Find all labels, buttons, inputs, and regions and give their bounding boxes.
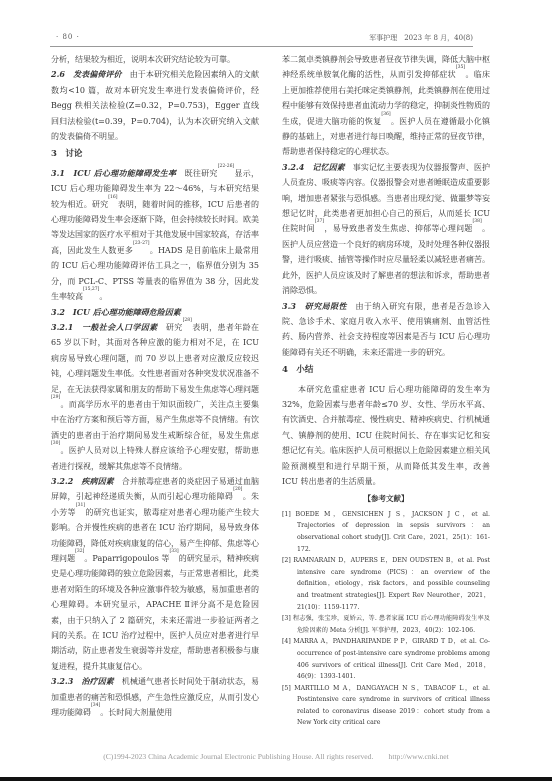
left-column: 分析，结果较为相近，说明本次研究结论较为可靠。 2.6 发表偏倚评价 由于本研究… [51,52,259,720]
section-3-2-4: 3.2.4 记忆因素 事实记忆主要表现为仪器报警声、医护人员查房、吸痰等内容。仪… [282,160,490,299]
citation: [31] [76,503,85,508]
citation: [38] [473,219,482,224]
page-number: · 80 · [56,33,80,41]
citation: [16] [108,195,117,200]
citation: [32] [75,549,84,554]
reference-item: [2] RAMNARAIN D，AUPERS E，DEN OUDSTEN B，e… [282,555,490,613]
citation: [34] [91,703,100,708]
bottom-border [0,777,552,781]
text: 研究 [158,323,183,332]
section-title: 3.2.2 疾病因素 [51,476,114,486]
copyright-footer: (C)1994-2023 China Academic Journal Elec… [0,751,552,762]
page-header: · 80 · 军事护理 2023 年 8 月，40(8) [50,31,473,47]
text: 既往研究 [176,169,217,178]
citation: [23-27] [133,241,149,246]
section-3-2-2: 3.2.2 疾病因素 合并脓毒症患者的炎症因子易通过血脑屏障，引起神经递质失衡，… [51,474,259,674]
right-column: 苯二氮卓类镇静剂会导致患者昼夜节律失调，降低大脑中枢神经系统单胺氧化酶的活性，从… [282,52,490,729]
section-3-3: 3.3 研究局限性 由于纳入研究有限，患者是否急诊入院、急诊手术、家庭月收入水平… [282,299,490,361]
section-title: 3.2.3 治疗因素 [51,676,114,686]
text: 事实记忆主要表现为仪器报警声、医护人员查房、吸痰等内容。仪器报警会对患者睡眠造成… [282,163,490,234]
text: 。 [99,292,107,301]
section-3-2-3: 3.2.3 治疗因素 机械通气患者长时间处于制动状态，易加重患者的痛苦和恐惧感，… [51,674,259,720]
section-2-6: 2.6 发表偏倚评价 由于本研究相关危险因素纳入的文献数均<10 篇，故对本研究… [51,67,259,144]
text: ，易导致患者发生焦虑、抑郁等心理问题 [324,224,472,233]
section-text: 由于本研究相关危险因素纳入的文献数均<10 篇，故对本研究发生率进行发表偏倚评价… [51,70,259,141]
section-title: 3.2.1 一般社会人口学因素 [51,322,158,332]
text: 。而高学历水平的患者由于知识面较广，关注点主要集中在治疗方案和预后等方面，易产生… [51,400,259,440]
reference-item: [4] MARRA A，PANDHARIPANDE P P，GIRARD T D… [282,636,490,682]
paragraph: 苯二氮卓类镇静剂会导致患者昼夜节律失调，降低大脑中枢神经系统单胺氧化酶的活性，从… [282,52,490,160]
section-3-1: 3.1 ICU 后心理功能障碍发生率 既往研究[22-26]显示，ICU 后心理… [51,166,259,305]
text: 。医护人员应营造一个良好的病房环境，及时处理各种仪器报警，进行吸痰、插管等操作时… [282,224,490,295]
section-title: 3.1 ICU 后心理功能障碍发生率 [51,168,176,178]
section-title: 3.3 研究局限性 [282,301,347,311]
section-title: 2.6 发表偏倚评价 [51,69,122,79]
paragraph: 分析，结果较为相近，说明本次研究结论较为可靠。 [51,52,259,67]
section-3-2-1: 3.2.1 一般社会人口学因素 研究[28]表明，患者年龄在 65 岁以下时，其… [51,320,259,474]
conclusion-text: 本研究危重症患者 ICU 后心理功能障碍的发生率为 32%，危险因素与患者年龄≤… [282,382,490,490]
text: 。Paparrigopoulos 等 [84,554,169,563]
reference-item: [3] 程志强，张宝珍，夏娇云，等. 患者家属 ICU 后心理功能障碍发生率及危… [282,613,490,636]
citation: [35] [456,65,465,70]
text: 的研究显示，精神疾病史是心理功能障碍的独立危险因素，与正常患者相比，此类患者对陌… [51,554,259,671]
citation: [15,27] [83,287,99,292]
text: 。长时间大剂量使用 [100,708,172,717]
text: 。医护人员对以上特殊人群应该给予心理安慰，帮助患者进行探视，缓解其焦虑等不良情绪… [51,446,259,470]
citation: [33] [169,549,178,554]
citation: [30] [51,441,60,446]
citation: [37] [315,219,324,224]
section-3-2-title: 3.2 ICU 后心理功能障碍危险因素 [51,305,259,320]
references-heading: 【参考文献】 [282,491,490,506]
text: 表明，患者年龄在 65 岁以下时，其面对各种应激的能力相对不足，在 ICU 病房… [51,323,259,394]
heading-discussion: 3 讨论 [51,147,259,162]
citation: [22-26] [218,164,234,169]
section-title: 3.2.4 记忆因素 [282,162,345,172]
reference-item: [5] MARTILLO M A，DANGAYACH N S，TABACOF L… [282,683,490,729]
heading-conclusion: 4 小结 [282,363,490,378]
citation: [28] [183,318,192,323]
journal-citation: 军事护理 2023 年 8 月，40(8) [369,33,473,43]
citation: [20] [233,487,242,492]
reference-item: [1] BOEDE M，GENSICHEN J S，JACKSON J C，et… [282,509,490,555]
citation: [29] [51,395,60,400]
citation: [36] [381,112,390,117]
